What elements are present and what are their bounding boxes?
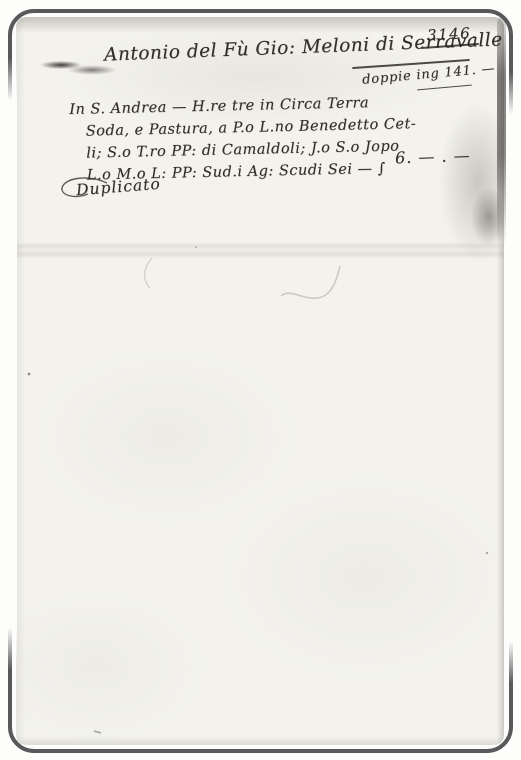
- frame-left-fade: [4, 58, 17, 670]
- photo-frame-border: [8, 9, 513, 753]
- frame-right-fade: [506, 72, 518, 684]
- document-photo: 3146. Antonio del Fù Gio: Meloni di Serr…: [0, 0, 521, 760]
